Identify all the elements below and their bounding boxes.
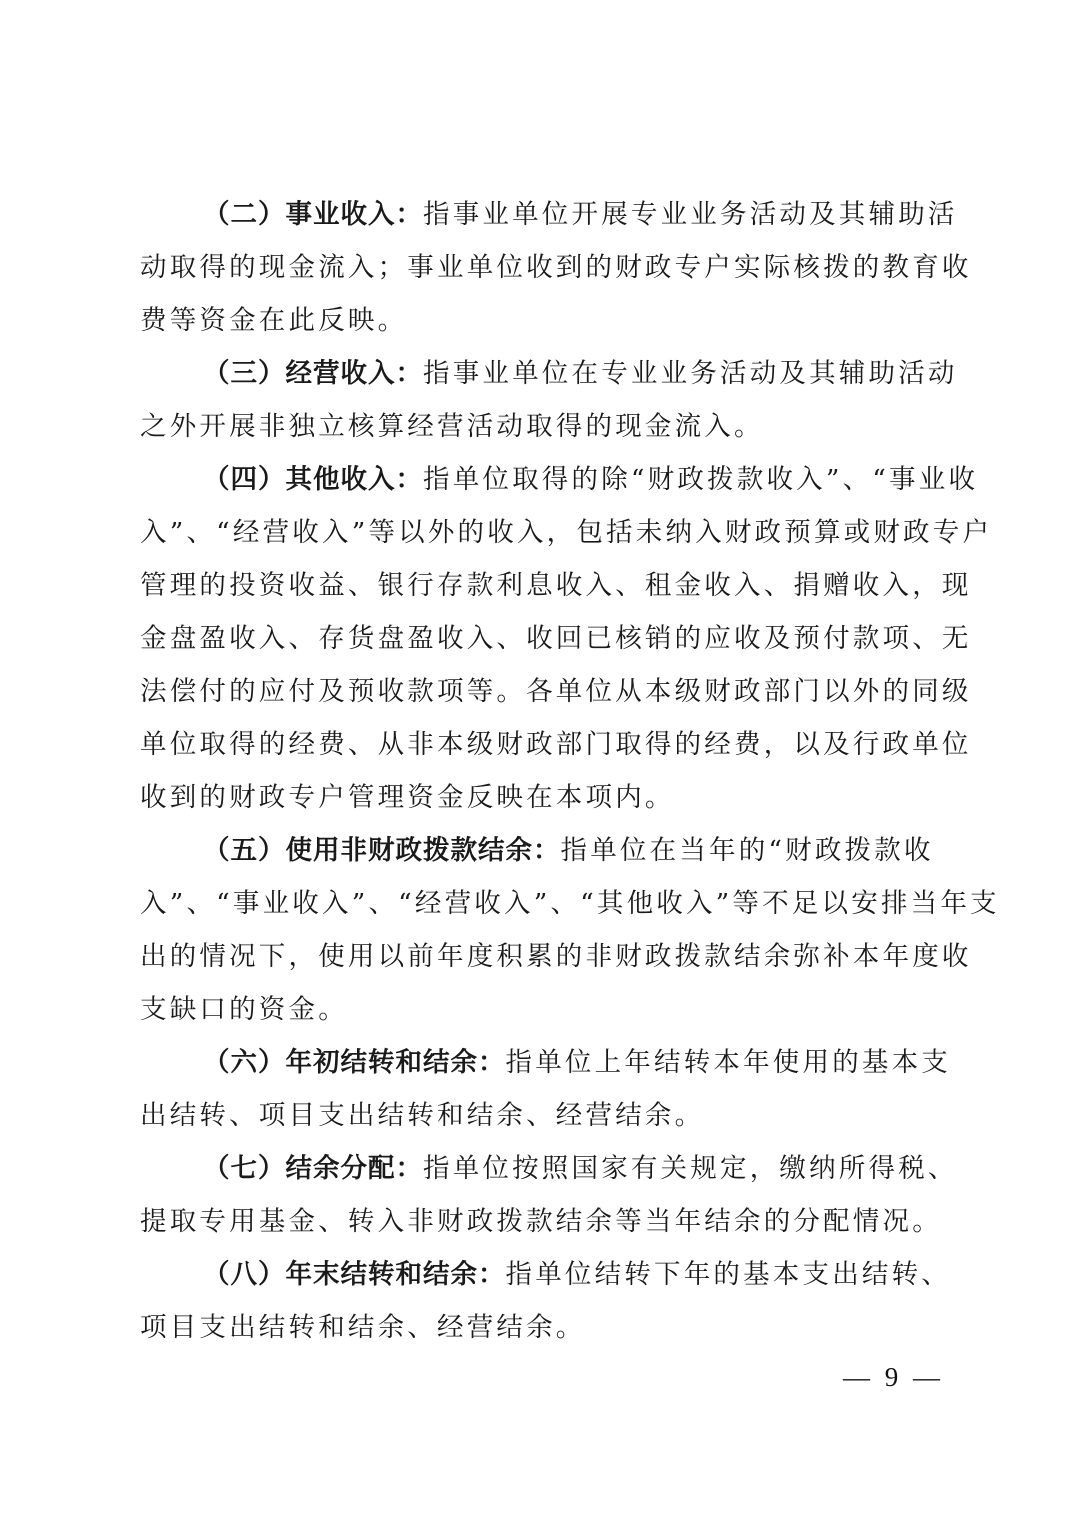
paragraph-line: 之外开展非独立核算经营活动取得的现金流入。	[140, 400, 940, 453]
paragraph-line: 费等资金在此反映。	[140, 294, 940, 347]
paragraph-line: 项目支出结转和结余、经营结余。	[140, 1301, 940, 1354]
paragraph-text: 指单位取得的除“财政拨款收入”、“事业收	[423, 464, 978, 495]
paragraph-text: 指事业单位在专业业务活动及其辅助活动	[423, 358, 958, 389]
paragraph-line: 提取专用基金、转入非财政拨款结余等当年结余的分配情况。	[140, 1195, 940, 1248]
paragraph-line: 管理的投资收益、银行存款利息收入、租金收入、捐赠收入，现	[140, 559, 940, 612]
paragraph-line: 支缺口的资金。	[140, 983, 940, 1036]
paragraph-line: 入”、“事业收入”、“经营收入”、“其他收入”等不足以安排当年支	[140, 877, 940, 930]
paragraph-line: 金盘盈收入、存货盘盈收入、收回已核销的应收及预付款项、无	[140, 612, 940, 665]
paragraph-line: 收到的财政专户管理资金反映在本项内。	[140, 771, 940, 824]
paragraph-text: 指单位上年结转本年使用的基本支	[506, 1047, 952, 1078]
paragraph-heading: （三）经营收入：	[203, 358, 423, 389]
paragraph-line: 入”、“经营收入”等以外的收入，包括未纳入财政预算或财政专户	[140, 506, 940, 559]
paragraph-first-line: （六）年初结转和结余：指单位上年结转本年使用的基本支	[140, 1036, 940, 1089]
paragraph-operating-income: （三）经营收入：指事业单位在专业业务活动及其辅助活动 之外开展非独立核算经营活动…	[140, 347, 940, 453]
paragraph-heading: （四）其他收入：	[203, 464, 423, 495]
document-page: （二）事业收入：指事业单位开展专业业务活动及其辅助活 动取得的现金流入；事业单位…	[140, 188, 940, 1354]
paragraph-first-line: （二）事业收入：指事业单位开展专业业务活动及其辅助活	[140, 188, 940, 241]
paragraph-opening-carryover: （六）年初结转和结余：指单位上年结转本年使用的基本支 出结转、项目支出结转和结余…	[140, 1036, 940, 1142]
paragraph-closing-carryover: （八）年末结转和结余：指单位结转下年的基本支出结转、 项目支出结转和结余、经营结…	[140, 1248, 940, 1354]
paragraph-heading: （八）年末结转和结余：	[203, 1259, 506, 1290]
paragraph-first-line: （三）经营收入：指事业单位在专业业务活动及其辅助活动	[140, 347, 940, 400]
paragraph-text: 指事业单位开展专业业务活动及其辅助活	[423, 199, 958, 230]
paragraph-balance-distribution: （七）结余分配：指单位按照国家有关规定，缴纳所得税、 提取专用基金、转入非财政拨…	[140, 1142, 940, 1248]
paragraph-line: 法偿付的应付及预收款项等。各单位从本级财政部门以外的同级	[140, 665, 940, 718]
paragraph-non-fiscal-balance-use: （五）使用非财政拨款结余：指单位在当年的“财政拨款收 入”、“事业收入”、“经营…	[140, 824, 940, 1036]
paragraph-first-line: （五）使用非财政拨款结余：指单位在当年的“财政拨款收	[140, 824, 940, 877]
paragraph-text: 指单位在当年的“财政拨款收	[561, 835, 934, 866]
paragraph-first-line: （四）其他收入：指单位取得的除“财政拨款收入”、“事业收	[140, 453, 940, 506]
paragraph-first-line: （七）结余分配：指单位按照国家有关规定，缴纳所得税、	[140, 1142, 940, 1195]
paragraph-line: 出结转、项目支出结转和结余、经营结余。	[140, 1089, 940, 1142]
paragraph-text: 指单位按照国家有关规定，缴纳所得税、	[423, 1153, 958, 1184]
paragraph-heading: （五）使用非财政拨款结余：	[203, 835, 561, 866]
paragraph-business-income: （二）事业收入：指事业单位开展专业业务活动及其辅助活 动取得的现金流入；事业单位…	[140, 188, 940, 347]
paragraph-heading: （二）事业收入：	[203, 199, 423, 230]
paragraph-text: 指单位结转下年的基本支出结转、	[506, 1259, 952, 1290]
paragraph-line: 动取得的现金流入；事业单位收到的财政专户实际核拨的教育收	[140, 241, 940, 294]
paragraph-line: 单位取得的经费、从非本级财政部门取得的经费，以及行政单位	[140, 718, 940, 771]
paragraph-heading: （七）结余分配：	[203, 1153, 423, 1184]
paragraph-heading: （六）年初结转和结余：	[203, 1047, 506, 1078]
paragraph-other-income: （四）其他收入：指单位取得的除“财政拨款收入”、“事业收 入”、“经营收入”等以…	[140, 453, 940, 824]
paragraph-line: 出的情况下，使用以前年度积累的非财政拨款结余弥补本年度收	[140, 930, 940, 983]
paragraph-first-line: （八）年末结转和结余：指单位结转下年的基本支出结转、	[140, 1248, 940, 1301]
page-number: — 9 —	[843, 1362, 944, 1393]
